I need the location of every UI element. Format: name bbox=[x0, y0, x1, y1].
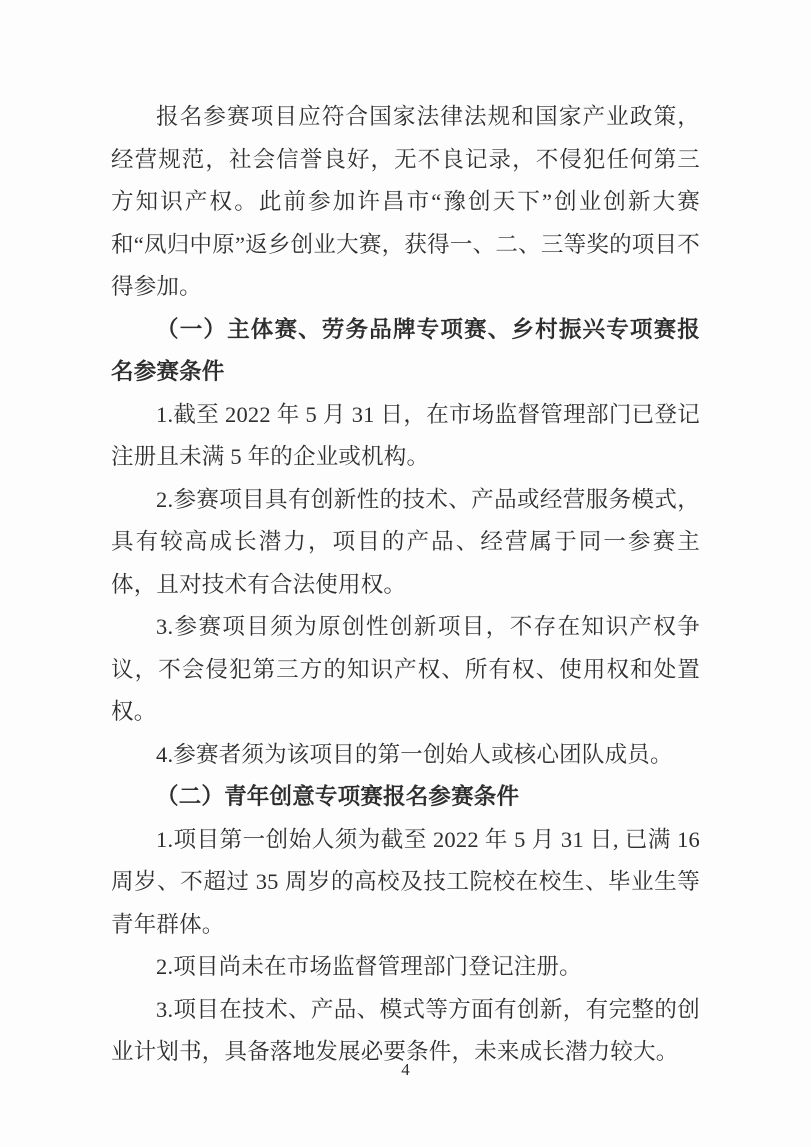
paragraph-item-4-founder: 4.参赛者须为该项目的第一创始人或核心团队成员。 bbox=[111, 734, 700, 777]
section-heading-youth-creativity: （二）青年创意专项赛报名参赛条件 bbox=[111, 776, 700, 819]
document-body: 报名参赛项目应符合国家法律法规和国家产业政策，经营规范，社会信誉良好，无不良记录… bbox=[111, 96, 700, 1074]
section-heading-main-competition: （一）主体赛、劳务品牌专项赛、乡村振兴专项赛报名参赛条件 bbox=[111, 309, 700, 394]
document-page: 报名参赛项目应符合国家法律法规和国家产业政策，经营规范，社会信誉良好，无不良记录… bbox=[0, 0, 811, 1147]
paragraph-item-3-original-project: 3.参赛项目须为原创性创新项目，不存在知识产权争议，不会侵犯第三方的知识产权、所… bbox=[111, 606, 700, 734]
paragraph-youth-item-1-age: 1.项目第一创始人须为截至 2022 年 5 月 31 日, 已满 16 周岁、… bbox=[111, 819, 700, 947]
paragraph-registration-requirements: 报名参赛项目应符合国家法律法规和国家产业政策，经营规范，社会信誉良好，无不良记录… bbox=[111, 96, 700, 309]
page-number: 4 bbox=[401, 1060, 410, 1079]
paragraph-item-1-registration-date: 1.截至 2022 年 5 月 31 日，在市场监督管理部门已登记注册且未满 5… bbox=[111, 394, 700, 479]
page-footer: 4 bbox=[0, 1055, 811, 1085]
paragraph-youth-item-2-unregistered: 2.项目尚未在市场监督管理部门登记注册。 bbox=[111, 946, 700, 989]
paragraph-item-2-innovation: 2.参赛项目具有创新性的技术、产品或经营服务模式，具有较高成长潜力，项目的产品、… bbox=[111, 479, 700, 607]
